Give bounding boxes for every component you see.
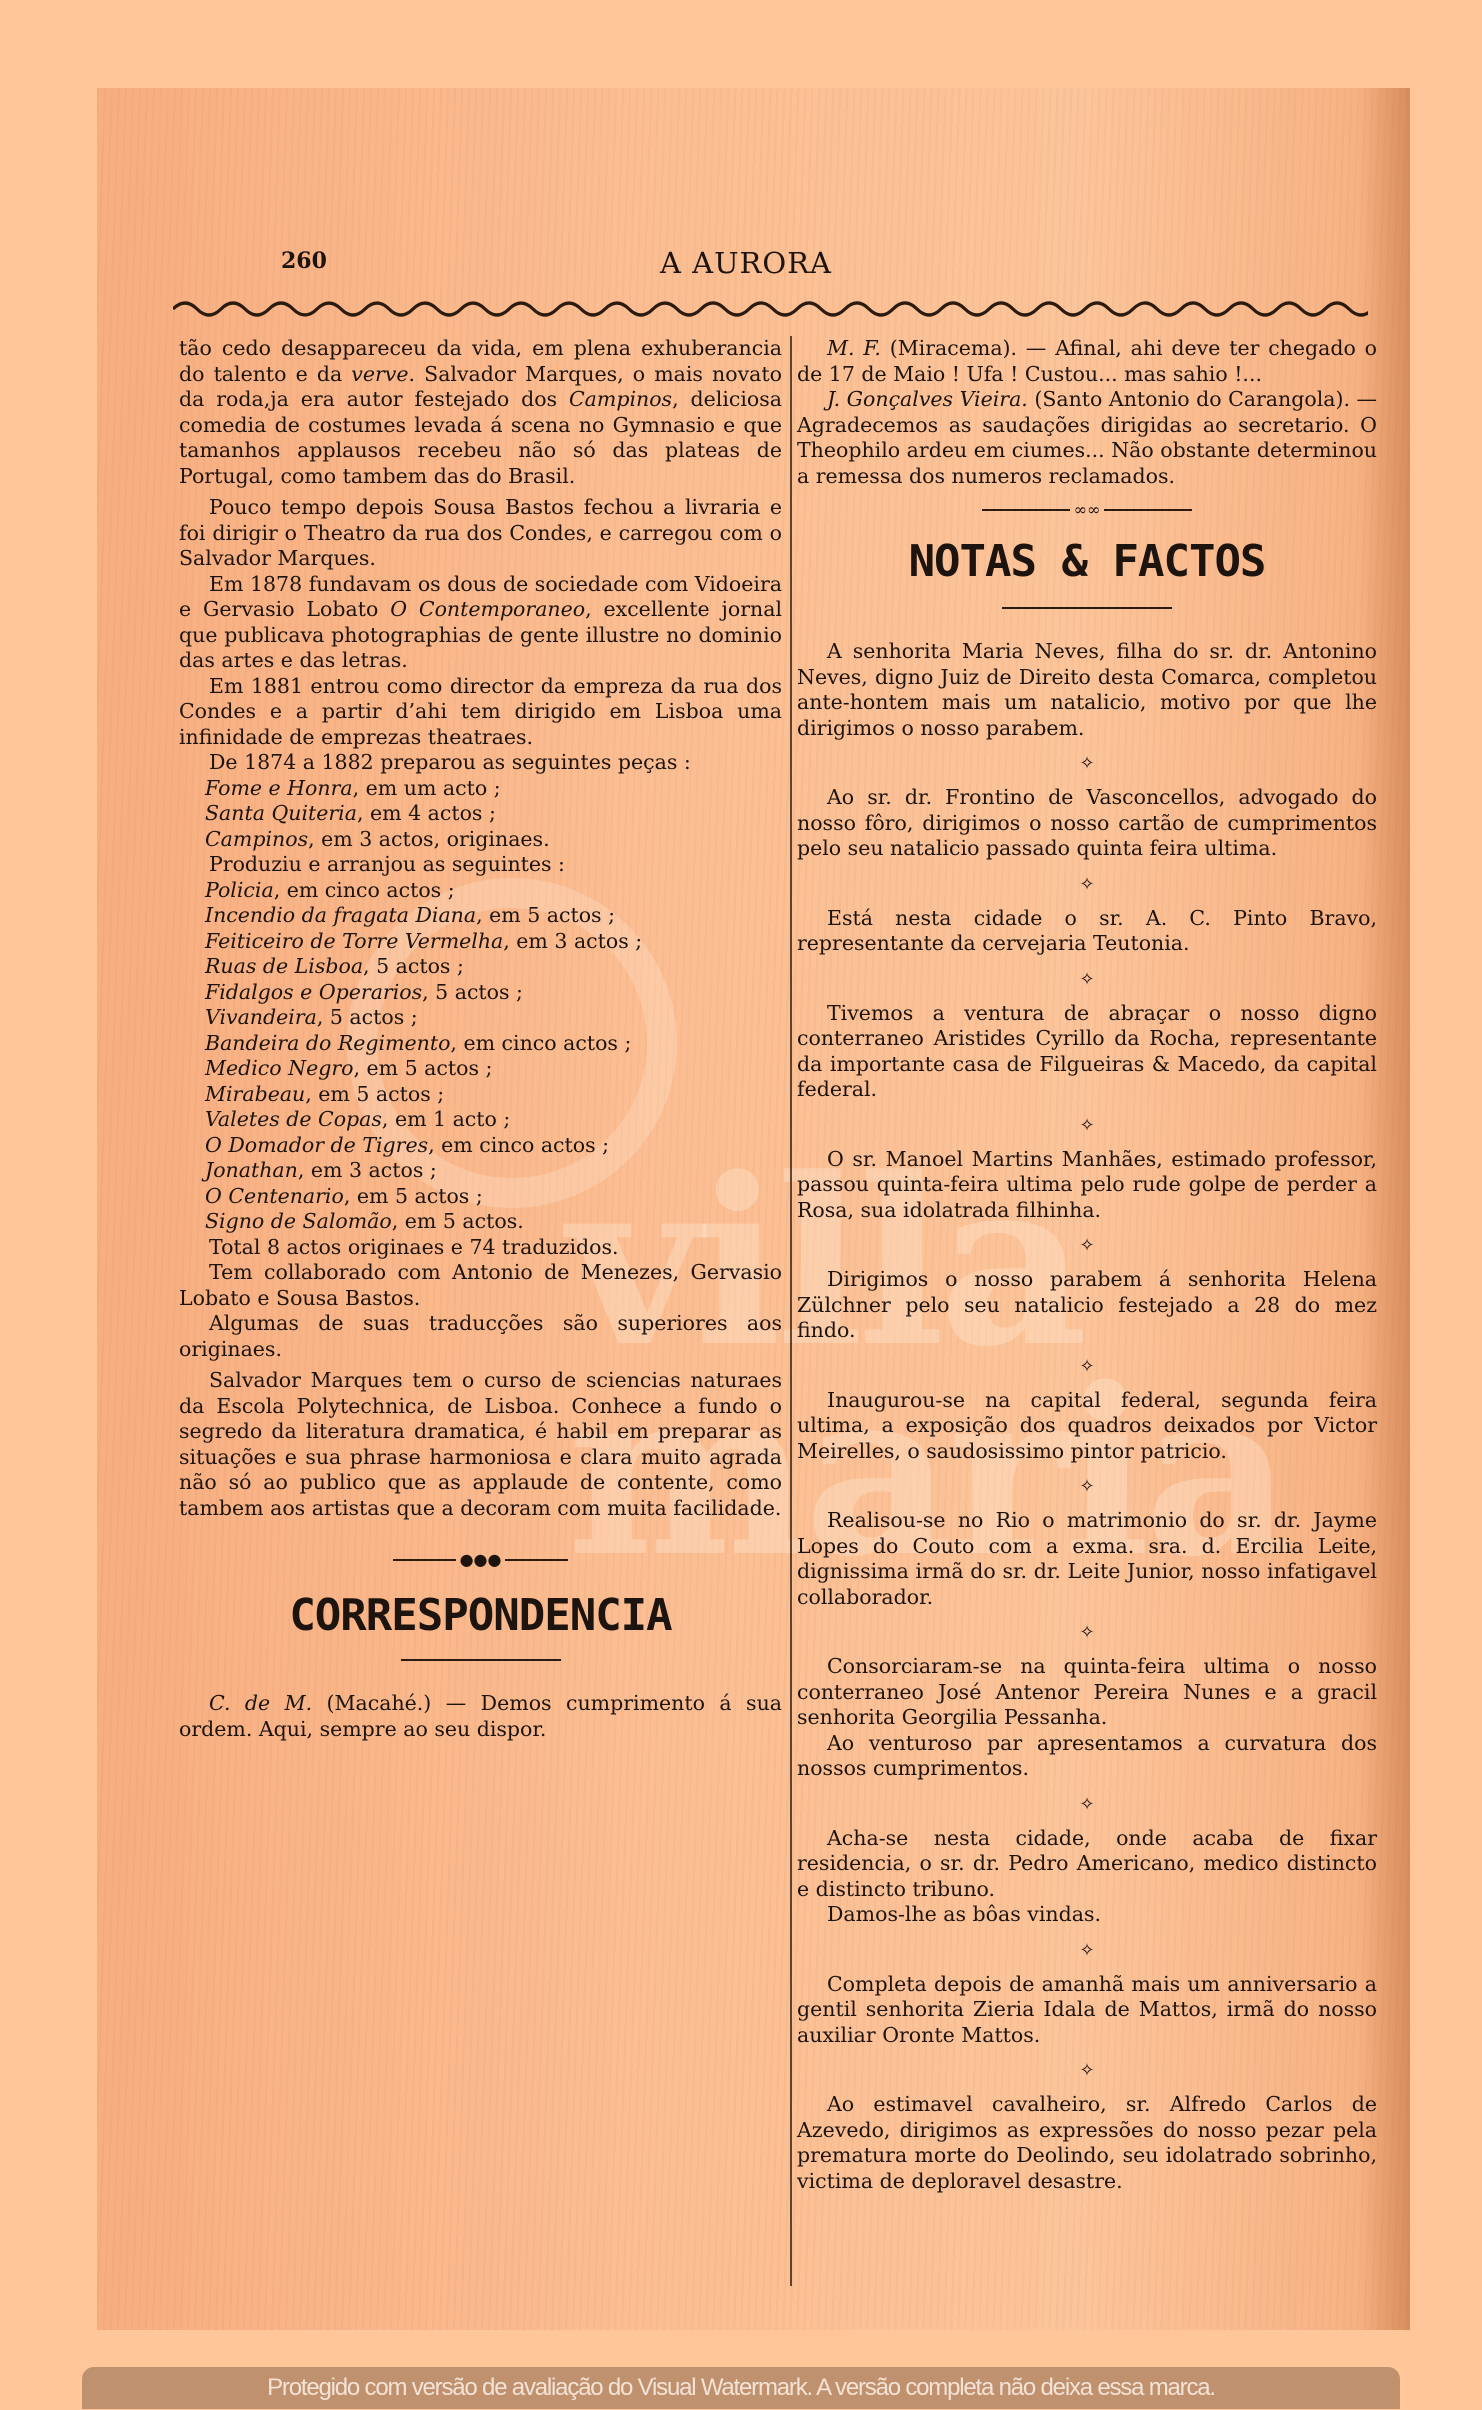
play-item: Incendio da fragata Diana, em 5 actos ; bbox=[179, 903, 782, 929]
article-paragraph: tão cedo desappareceu da vida, em plena … bbox=[179, 336, 782, 489]
column-divider bbox=[790, 336, 792, 2286]
play-item: Vivandeira, 5 actos ; bbox=[179, 1005, 782, 1031]
article-paragraph: Pouco tempo depois Sousa Bastos fechou a… bbox=[179, 495, 782, 572]
diamond-separator-icon: ✧ bbox=[797, 1356, 1377, 1378]
original-plays-list: Fome e Honra, em um acto ; Santa Quiteri… bbox=[179, 776, 782, 853]
play-item: Fome e Honra, em um acto ; bbox=[179, 776, 782, 802]
page-header: 260 A AURORA bbox=[97, 248, 1410, 288]
news-item: Completa depois de amanhã mais um annive… bbox=[797, 1972, 1377, 2049]
diamond-separator-icon: ✧ bbox=[797, 1115, 1377, 1137]
article-paragraph: Em 1878 fundavam os dous de sociedade co… bbox=[179, 572, 782, 674]
section-title-correspondencia: CORRESPONDENCIA bbox=[179, 1589, 782, 1643]
diamond-separator-icon: ✧ bbox=[797, 874, 1377, 896]
news-item: O sr. Manoel Martins Manhães, estimado p… bbox=[797, 1147, 1377, 1224]
section-title-notas-factos: NOTAS & FACTOS bbox=[797, 535, 1377, 589]
diamond-separator-icon: ✧ bbox=[797, 1476, 1377, 1498]
correspondence-entry: J. Gonçalves Vieira. (Santo Antonio do C… bbox=[797, 387, 1377, 489]
play-item: O Centenario, em 5 actos ; bbox=[179, 1184, 782, 1210]
play-item: Bandeira do Regimento, em cinco actos ; bbox=[179, 1031, 782, 1057]
diamond-separator-icon: ✧ bbox=[797, 753, 1377, 775]
play-item: Jonathan, em 3 actos ; bbox=[179, 1158, 782, 1184]
masthead-title: A AURORA bbox=[660, 246, 832, 280]
article-paragraph: Salvador Marques tem o curso de sciencia… bbox=[179, 1368, 782, 1521]
newspaper-page: villa maria 260 A AURORA tão cedo desapp… bbox=[97, 88, 1410, 2330]
page-number: 260 bbox=[281, 248, 327, 274]
play-item: Mirabeau, em 5 actos ; bbox=[179, 1082, 782, 1108]
wavy-ornament-rule bbox=[173, 300, 1368, 318]
article-paragraph: De 1874 a 1882 preparou as seguintes peç… bbox=[179, 750, 782, 776]
news-item: A senhorita Maria Neves, filha do sr. dr… bbox=[797, 639, 1377, 741]
play-item: Policia, em cinco actos ; bbox=[179, 878, 782, 904]
diamond-separator-icon: ✧ bbox=[797, 969, 1377, 991]
play-item: O Domador de Tigres, em cinco actos ; bbox=[179, 1133, 782, 1159]
news-item: Consorciaram-se na quinta-feira ultima o… bbox=[797, 1654, 1377, 1782]
watermark-notice-bar: Protegido com versão de avaliação do Vis… bbox=[82, 2367, 1400, 2409]
correspondence-entry: M. F. (Miracema). — Afinal, ahi deve ter… bbox=[797, 336, 1377, 387]
article-paragraph: Tem collaborado com Antonio de Menezes, … bbox=[179, 1260, 782, 1311]
news-item: Ao sr. dr. Frontino de Vasconcellos, adv… bbox=[797, 785, 1377, 862]
play-item: Santa Quiteria, em 4 actos ; bbox=[179, 801, 782, 827]
correspondence-entry: C. de M. (Macahé.) — Demos cumprimento á… bbox=[179, 1691, 782, 1742]
ornamental-divider: ●●● bbox=[393, 1553, 568, 1567]
diamond-separator-icon: ✧ bbox=[797, 1622, 1377, 1644]
ornament-scroll-icon: ∞∞ bbox=[1070, 503, 1105, 517]
news-item: Acha-se nesta cidade, onde acaba de fixa… bbox=[797, 1826, 1377, 1928]
play-item: Valetes de Copas, em 1 acto ; bbox=[179, 1107, 782, 1133]
right-column: M. F. (Miracema). — Afinal, ahi deve ter… bbox=[797, 336, 1377, 2194]
article-paragraph: Total 8 actos originaes e 74 traduzidos. bbox=[179, 1235, 782, 1261]
article-paragraph: Algumas de suas traducções são superiore… bbox=[179, 1311, 782, 1362]
ornament-dots-icon: ●●● bbox=[456, 1553, 506, 1567]
news-item: Realisou-se no Rio o matrimonio do sr. d… bbox=[797, 1508, 1377, 1610]
news-item: Tivemos a ventura de abraçar o nosso dig… bbox=[797, 1001, 1377, 1103]
play-item: Medico Negro, em 5 actos ; bbox=[179, 1056, 782, 1082]
arranged-plays-list: Policia, em cinco actos ; Incendio da fr… bbox=[179, 878, 782, 1235]
article-paragraph: Em 1881 entrou como director da empreza … bbox=[179, 674, 782, 751]
diamond-separator-icon: ✧ bbox=[797, 1940, 1377, 1962]
news-item: Está nesta cidade o sr. A. C. Pinto Brav… bbox=[797, 906, 1377, 957]
play-item: Signo de Salomão, em 5 actos. bbox=[179, 1209, 782, 1235]
diamond-separator-icon: ✧ bbox=[797, 1235, 1377, 1257]
news-item: Dirigimos o nosso parabem á senhorita He… bbox=[797, 1267, 1377, 1344]
article-paragraph: Produziu e arranjou as seguintes : bbox=[179, 852, 782, 878]
left-column: tão cedo desappareceu da vida, em plena … bbox=[179, 336, 782, 1742]
play-item: Ruas de Lisboa, 5 actos ; bbox=[179, 954, 782, 980]
diamond-separator-icon: ✧ bbox=[797, 2060, 1377, 2082]
news-item: Inaugurou-se na capital federal, segunda… bbox=[797, 1388, 1377, 1465]
news-item: Ao estimavel cavalheiro, sr. Alfredo Car… bbox=[797, 2092, 1377, 2194]
diamond-separator-icon: ✧ bbox=[797, 1794, 1377, 1816]
play-item: Fidalgos e Operarios, 5 actos ; bbox=[179, 980, 782, 1006]
ornamental-divider: ∞∞ bbox=[982, 503, 1192, 517]
play-item: Campinos, em 3 actos, originaes. bbox=[179, 827, 782, 853]
play-item: Feiticeiro de Torre Vermelha, em 3 actos… bbox=[179, 929, 782, 955]
